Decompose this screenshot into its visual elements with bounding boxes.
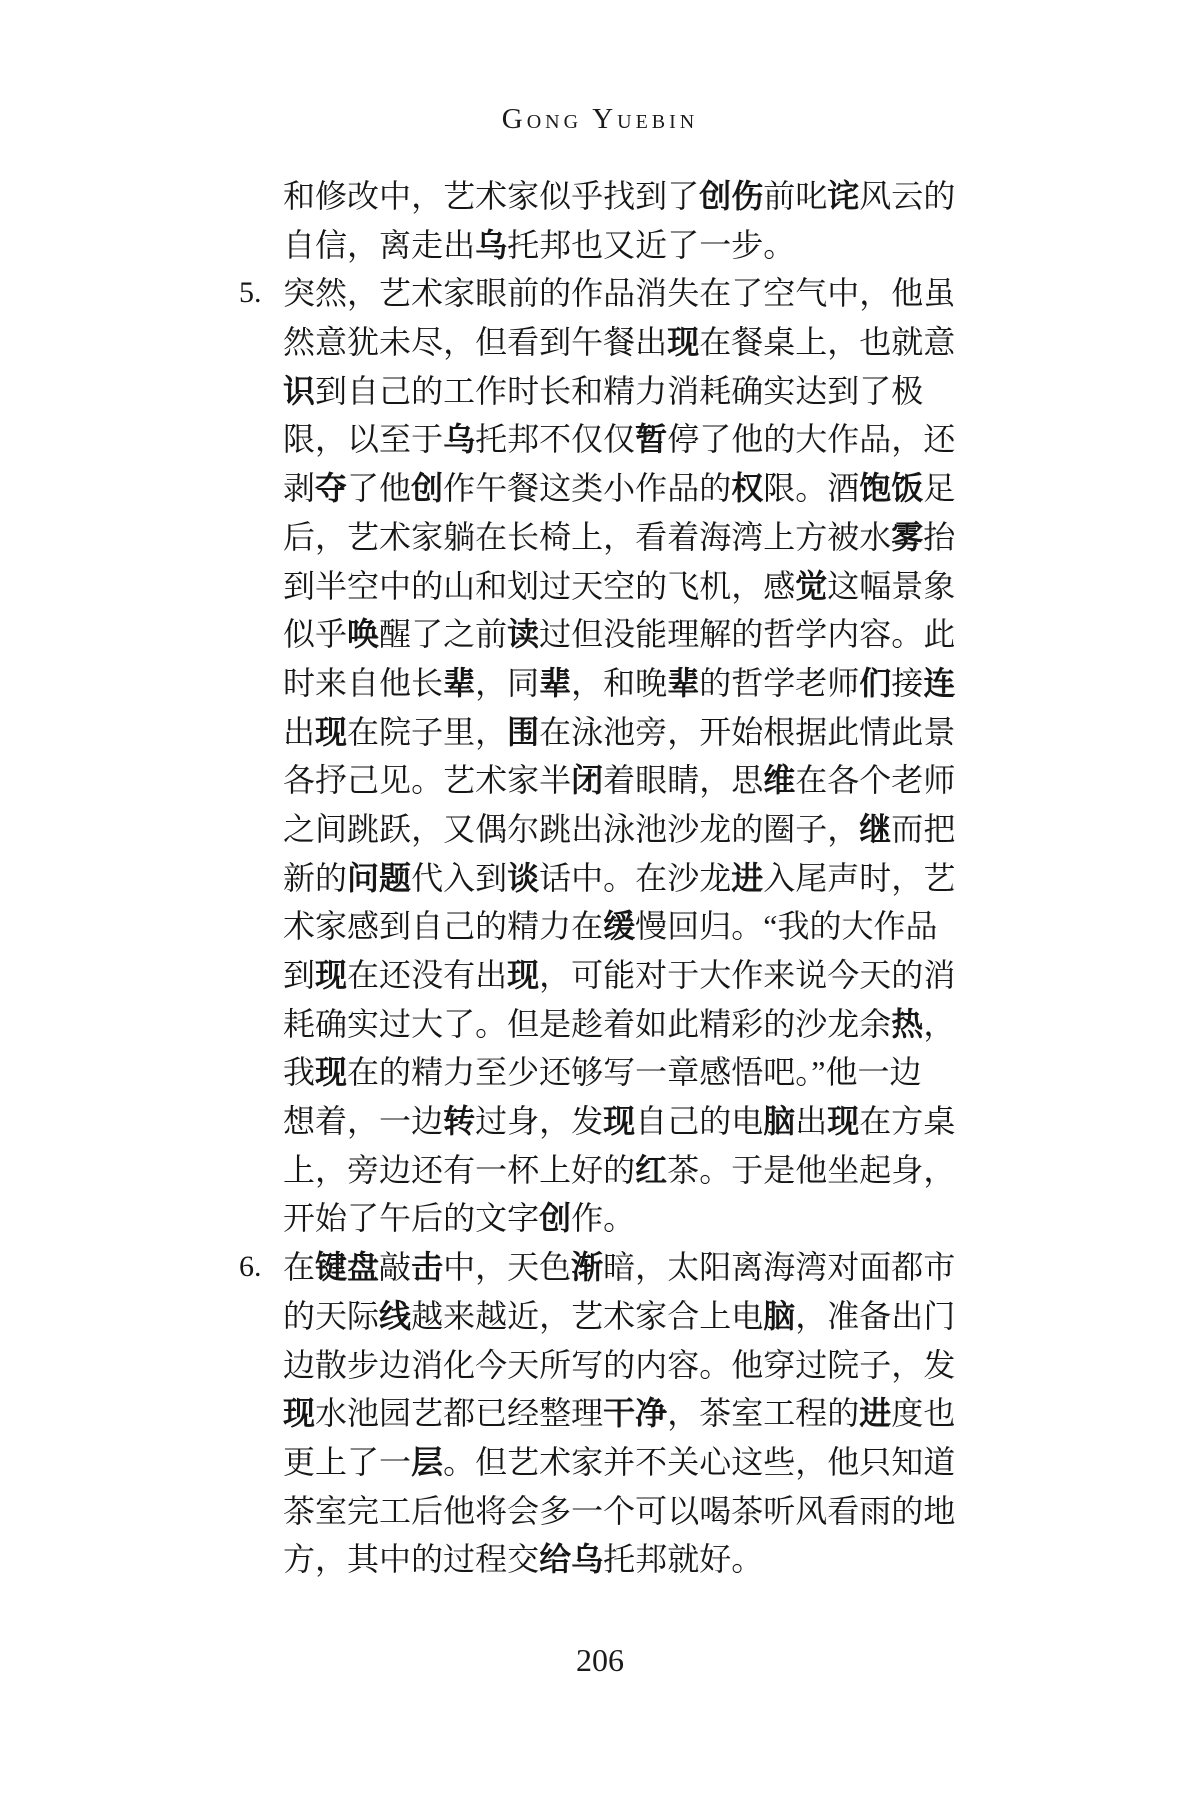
text-body: 和修改中，艺术家似乎找到了创伤前叱诧风云的自信，离走出乌托邦也又近了一步。5.突… xyxy=(283,172,995,1584)
text-line: 的天际线越来越近，艺术家合上电脑，准备出门 xyxy=(283,1292,995,1341)
text-line: 时来自他长辈，同辈，和晚辈的哲学老师们接连 xyxy=(283,659,995,708)
text-line: 似乎唤醒了之前读过但没能理解的哲学内容。此 xyxy=(283,610,995,659)
text-line: 边散步边消化今天所写的内容。他穿过院子，发 xyxy=(283,1341,995,1390)
text-line: 出现在院子里，围在泳池旁，开始根据此情此景 xyxy=(283,708,995,757)
book-page: Gong Yuebin 和修改中，艺术家似乎找到了创伤前叱诧风云的自信，离走出乌… xyxy=(0,0,1200,1800)
text-line: 新的问题代入到谈话中。在沙龙进入尾声时，艺 xyxy=(283,854,995,903)
text-line: 后，艺术家躺在长椅上，看着海湾上方被水雾抬 xyxy=(283,513,995,562)
text-line: 到半空中的山和划过天空的飞机，感觉这幅景象 xyxy=(283,562,995,611)
text-line: 术家感到自己的精力在缓慢回归。“我的大作品 xyxy=(283,902,995,951)
text-line: 识到自己的工作时长和精力消耗确实达到了极 xyxy=(283,367,995,416)
text-line: 限，以至于乌托邦不仅仅暂停了他的大作品，还 xyxy=(283,415,995,464)
text-line: 方，其中的过程交给乌托邦就好。 xyxy=(283,1535,995,1584)
text-line: 6.在键盘敲击中，天色渐暗，太阳离海湾对面都市 xyxy=(283,1243,995,1292)
text-line: 和修改中，艺术家似乎找到了创伤前叱诧风云的 xyxy=(283,172,995,221)
text-line: 想着，一边转过身，发现自己的电脑出现在方桌 xyxy=(283,1097,995,1146)
list-item-number: 6. xyxy=(239,1243,262,1292)
text-line: 5.突然，艺术家眼前的作品消失在了空气中，他虽 xyxy=(283,269,995,318)
page-number: 206 xyxy=(0,1642,1200,1679)
text-line: 自信，离走出乌托邦也又近了一步。 xyxy=(283,221,995,270)
text-line: 我现在的精力至少还够写一章感悟吧。”他一边 xyxy=(283,1048,995,1097)
text-line: 更上了一层。但艺术家并不关心这些，他只知道 xyxy=(283,1438,995,1487)
text-line: 开始了午后的文字创作。 xyxy=(283,1194,995,1243)
text-line: 剥夺了他创作午餐这类小作品的权限。酒饱饭足 xyxy=(283,464,995,513)
text-line: 耗确实过大了。但是趁着如此精彩的沙龙余热， xyxy=(283,1000,995,1049)
text-line: 然意犹未尽，但看到午餐出现在餐桌上，也就意 xyxy=(283,318,995,367)
text-line: 茶室完工后他将会多一个可以喝茶听风看雨的地 xyxy=(283,1487,995,1536)
list-item-number: 5. xyxy=(239,269,262,318)
text-line: 现水池园艺都已经整理干净，茶室工程的进度也 xyxy=(283,1389,995,1438)
text-line: 各抒己见。艺术家半闭着眼睛，思维在各个老师 xyxy=(283,756,995,805)
running-head-author: Gong Yuebin xyxy=(0,103,1200,136)
text-line: 之间跳跃，又偶尔跳出泳池沙龙的圈子，继而把 xyxy=(283,805,995,854)
text-line: 到现在还没有出现，可能对于大作来说今天的消 xyxy=(283,951,995,1000)
text-line: 上，旁边还有一杯上好的红茶。于是他坐起身， xyxy=(283,1146,995,1195)
